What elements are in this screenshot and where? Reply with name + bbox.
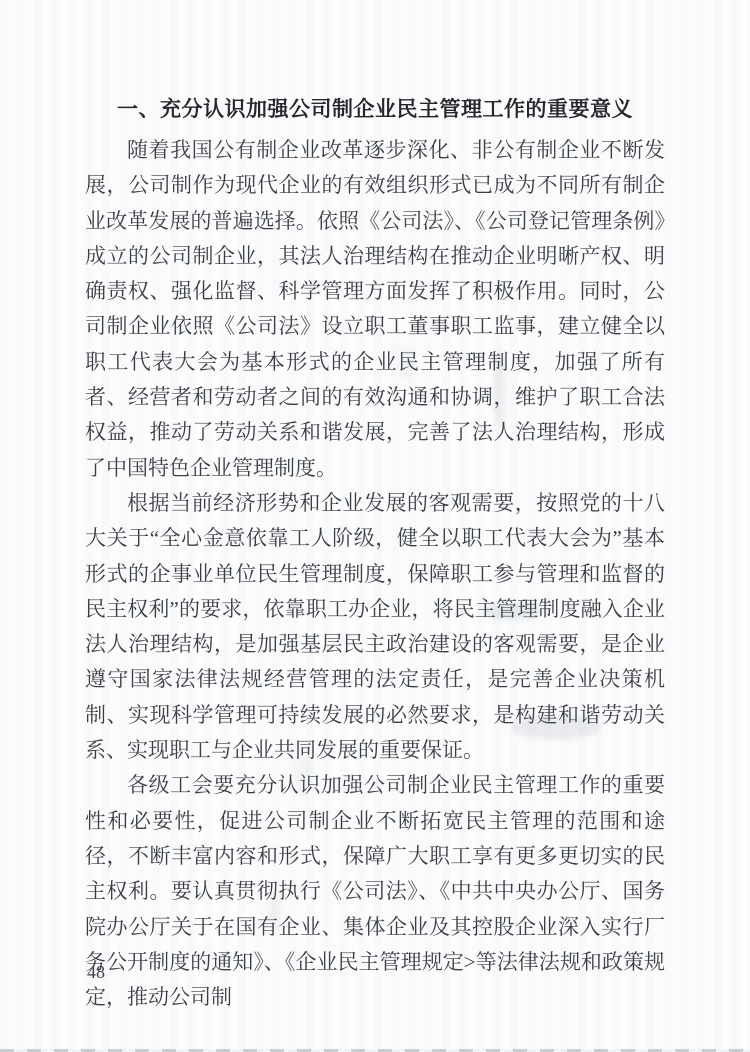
section-heading: 一、充分认识加强公司制企业民主管理工作的重要意义 [85, 96, 665, 124]
page-number: 48 [87, 962, 105, 982]
text-block: 一、充分认识加强公司制企业民主管理工作的重要意义 随着我国公有制企业改革逐步深化… [85, 96, 665, 1015]
paragraph-2: 根据当前经济形势和企业发展的客观需要，按照党的十八大关于“全心金意依靠工人阶级，… [85, 486, 665, 768]
document-page: 一、充分认识加强公司制企业民主管理工作的重要意义 随着我国公有制企业改革逐步深化… [0, 0, 750, 1052]
paragraph-3: 各级工会要充分认识加强公司制企业民主管理工作的重要性和必要性，促进公司制企业不断… [85, 768, 665, 1015]
paragraph-1: 随着我国公有制企业改革逐步深化、非公有制企业不断发展，公司制作为现代企业的有效组… [85, 133, 665, 486]
